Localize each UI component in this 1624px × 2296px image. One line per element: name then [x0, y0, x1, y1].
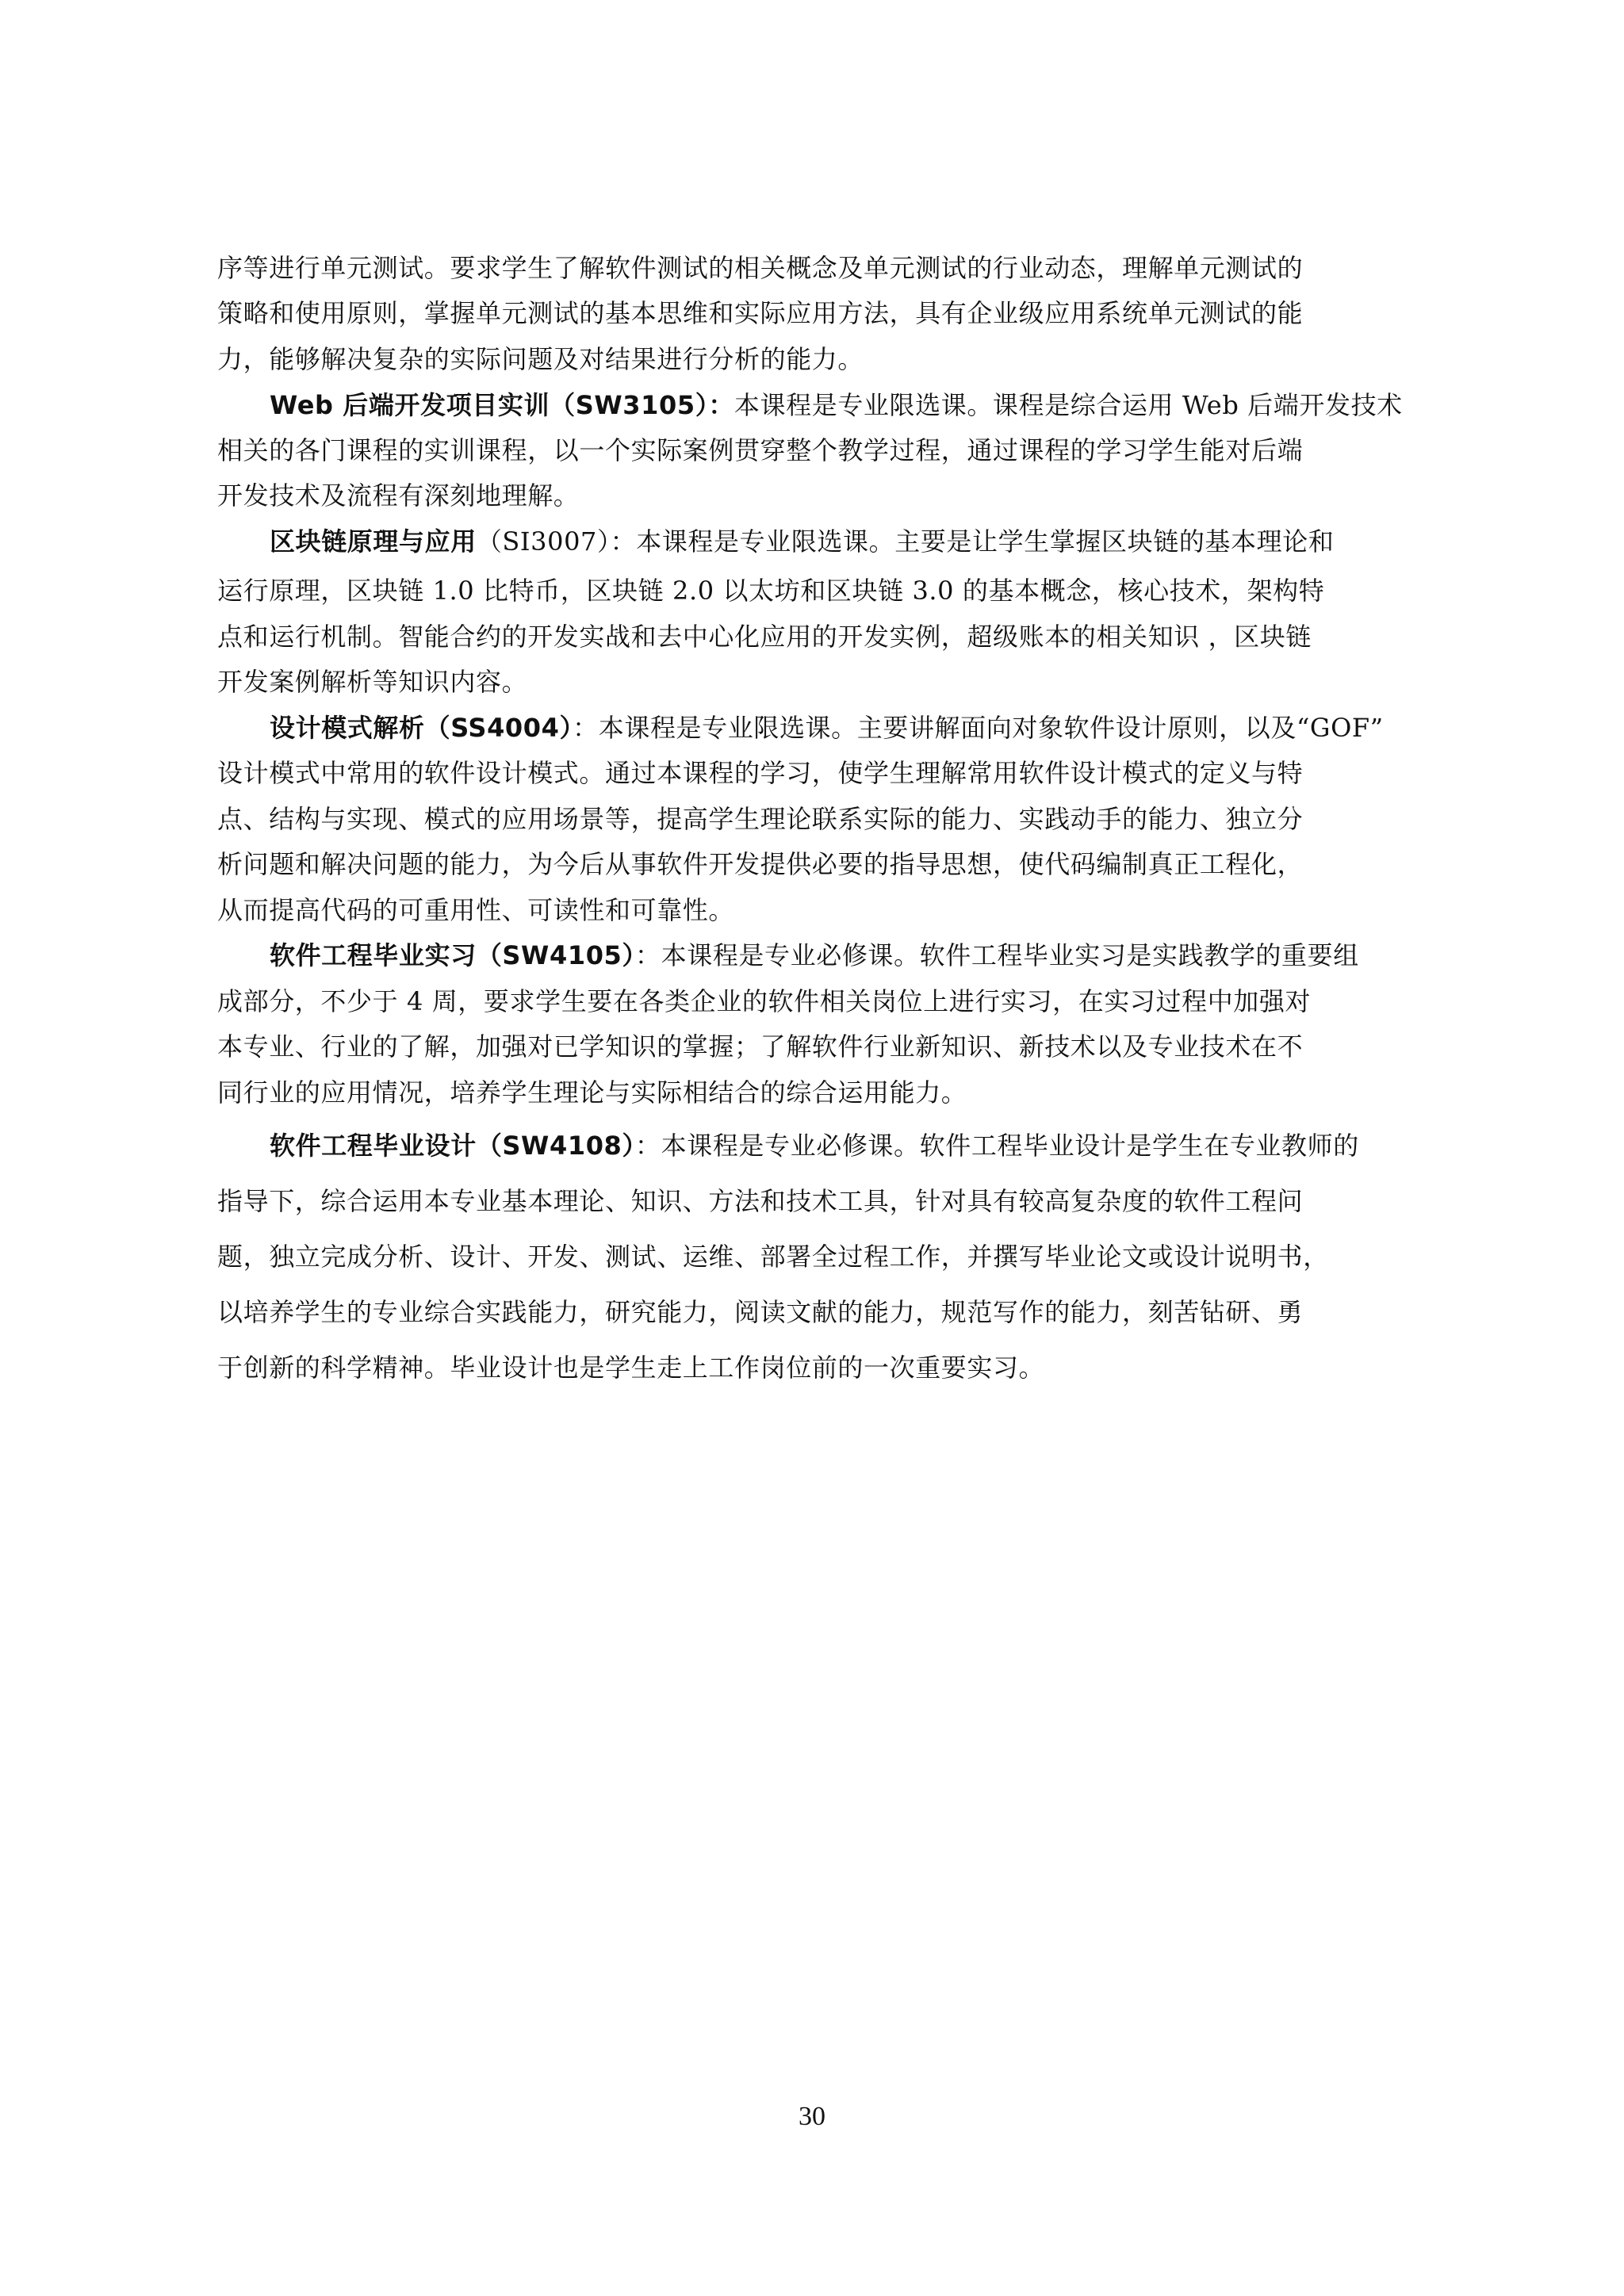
course-description: ：本课程是专业必修课。软件工程毕业设计是学生在专业教师的 — [635, 1131, 1359, 1161]
text-line: 区块链原理与应用（SI3007）：本课程是专业限选课。主要是让学生掌握区块链的基… — [270, 526, 1334, 557]
text-line: 同行业的应用情况，培养学生理论与实际相结合的综合运用能力。 — [217, 1077, 967, 1108]
course-description: 本课程是专业限选课。课程是综合运用 Web 后端开发技术 — [734, 390, 1403, 420]
text-line: 成部分，不少于 4 周，要求学生要在各类企业的软件相关岗位上进行实习，在实习过程… — [217, 985, 1311, 1017]
course-title: Web 后端开发项目实训 — [270, 390, 550, 420]
text-line: 析问题和解决问题的能力，为今后从事软件开发提供必要的指导思想，使代码编制真正工程… — [217, 848, 1303, 880]
text-line: 软件工程毕业实习（SW4105）：本课程是专业必修课。软件工程毕业实习是实践教学… — [270, 939, 1359, 971]
course-title: 设计模式解析 — [270, 713, 425, 743]
text-line: 开发技术及流程有深刻地理解。 — [217, 480, 579, 511]
text-line: 指导下，综合运用本专业基本理论、知识、方法和技术工具，针对具有较高复杂度的软件工… — [217, 1185, 1303, 1217]
document-page: 序等进行单元测试。要求学生了解软件测试的相关概念及单元测试的行业动态，理解单元测… — [0, 0, 1624, 2296]
text-line: 题，独立完成分析、设计、开发、测试、运维、部署全过程工作，并撰写毕业论文或设计说… — [217, 1241, 1329, 1272]
text-line: 以培养学生的专业综合实践能力，研究能力，阅读文献的能力，规范写作的能力，刻苦钻研… — [217, 1296, 1303, 1328]
text-line: 相关的各门课程的实训课程，以一个实际案例贯穿整个教学过程，通过课程的学习学生能对… — [217, 434, 1303, 466]
text-line: 软件工程毕业设计（SW4108）：本课程是专业必修课。软件工程毕业设计是学生在专… — [270, 1130, 1359, 1161]
text-line: 运行原理，区块链 1.0 比特币，区块链 2.0 以太坊和区块链 3.0 的基本… — [217, 575, 1324, 607]
text-line: 于创新的科学精神。毕业设计也是学生走上工作岗位前的一次重要实习。 — [217, 1352, 1044, 1383]
course-description: ：本课程是专业限选课。主要讲解面向对象软件设计原则，以及“GOF” — [573, 713, 1384, 743]
text-line: Web 后端开发项目实训（SW3105）：本课程是专业限选课。课程是综合运用 W… — [270, 389, 1403, 421]
text-line: 力，能够解决复杂的实际问题及对结果进行分析的能力。 — [217, 343, 864, 375]
text-line: 点和运行机制。智能合约的开发实战和去中心化应用的开发实例，超级账本的相关知识 ，… — [217, 621, 1312, 652]
text-line: 点、结构与实现、模式的应用场景等，提高学生理论联系实际的能力、实践动手的能力、独… — [217, 803, 1303, 835]
course-title: 软件工程毕业实习 — [270, 940, 477, 970]
text-line: 策略和使用原则，掌握单元测试的基本思维和实际应用方法，具有企业级应用系统单元测试… — [217, 297, 1303, 329]
text-line: 设计模式解析（SS4004）：本课程是专业限选课。主要讲解面向对象软件设计原则，… — [270, 712, 1384, 744]
text-line: 序等进行单元测试。要求学生了解软件测试的相关概念及单元测试的行业动态，理解单元测… — [217, 252, 1303, 284]
course-code: （SW4105） — [477, 940, 635, 970]
course-description: ：本课程是专业必修课。软件工程毕业实习是实践教学的重要组 — [635, 940, 1359, 970]
page-number: 30 — [0, 2101, 1624, 2133]
course-code: （SW3105）： — [550, 390, 734, 420]
course-code: （SI3007）： — [477, 526, 636, 557]
course-description: 本课程是专业限选课。主要是让学生掌握区块链的基本理论和 — [636, 526, 1334, 557]
course-title: 软件工程毕业设计 — [270, 1131, 477, 1161]
text-line: 从而提高代码的可重用性、可读性和可靠性。 — [217, 894, 734, 926]
text-line: 本专业、行业的了解，加强对已学知识的掌握；了解软件行业新知识、新技术以及专业技术… — [217, 1031, 1303, 1062]
course-code: （SW4108） — [477, 1131, 635, 1161]
course-code: （SS4004） — [425, 713, 573, 743]
course-title: 区块链原理与应用 — [270, 526, 477, 557]
text-line: 开发案例解析等知识内容。 — [217, 666, 527, 698]
text-line: 设计模式中常用的软件设计模式。通过本课程的学习，使学生理解常用软件设计模式的定义… — [217, 757, 1303, 789]
